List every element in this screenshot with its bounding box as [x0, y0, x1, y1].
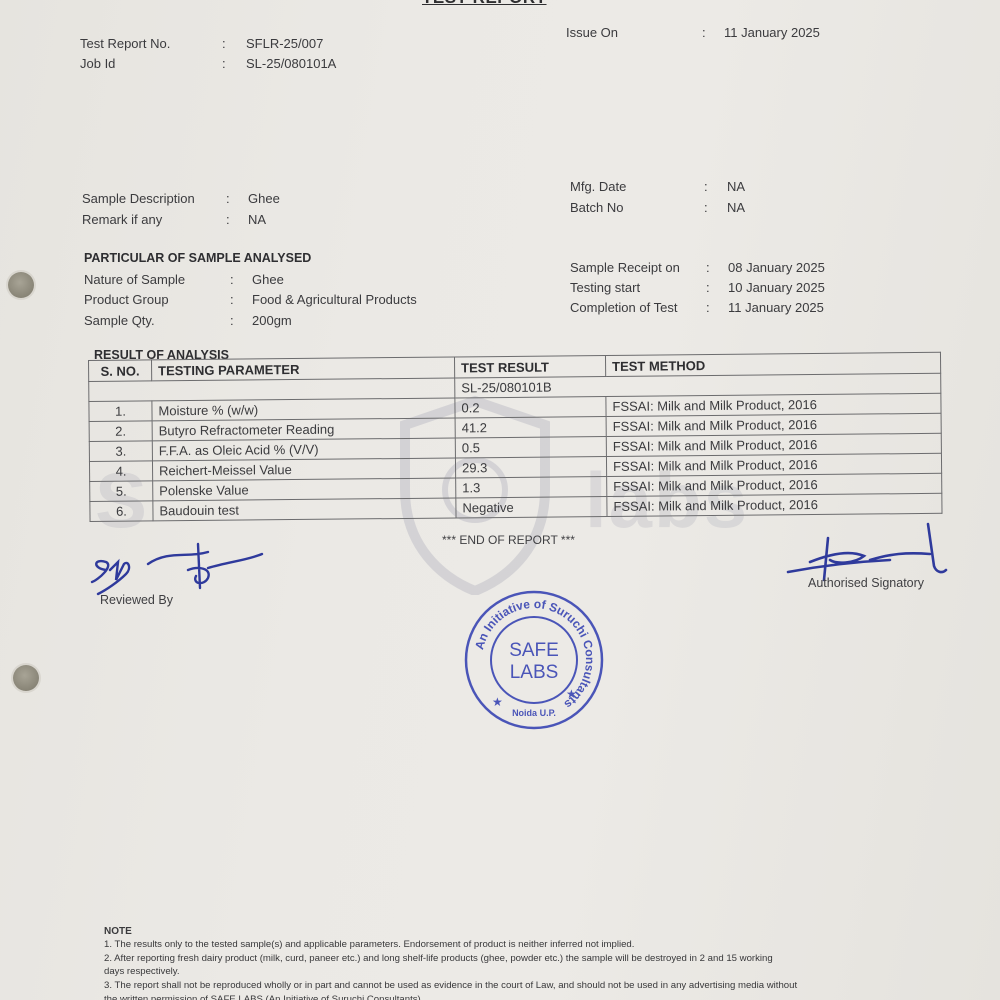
row-result: 41.2 [455, 417, 606, 438]
field-label: Batch No [570, 200, 623, 215]
row-sno: 3. [89, 441, 152, 462]
row-method: FSSAI: Milk and Milk Product, 2016 [607, 493, 942, 516]
report-title: TEST REPORT [422, 0, 547, 8]
field-value: Ghee [252, 272, 284, 287]
field-value: NA [727, 179, 745, 194]
field-separator: : [704, 179, 708, 194]
row-sno: 2. [89, 421, 152, 442]
note-line: the written permission of SAFE LABS (An … [104, 994, 423, 1000]
row-result: Negative [456, 497, 607, 518]
stamp-bottom-text: Noida U.P. [512, 708, 556, 718]
field-separator: : [706, 280, 710, 295]
field-label: Issue On [566, 25, 618, 40]
punch-hole-top [8, 272, 34, 298]
row-result: 29.3 [455, 457, 606, 478]
field-separator: : [704, 200, 708, 215]
row-sno: 4. [89, 461, 152, 482]
header-sno: S. NO. [89, 360, 152, 382]
particular-heading: PARTICULAR OF SAMPLE ANALYSED [84, 251, 311, 265]
reviewer-signature-icon [88, 540, 268, 600]
field-separator: : [230, 272, 234, 287]
row-sno: 6. [90, 501, 153, 522]
field-separator: : [230, 292, 234, 307]
field-label: Testing start [570, 280, 640, 295]
stamp-center-line2: LABS [510, 662, 559, 683]
field-value: SL-25/080101A [246, 56, 336, 71]
field-label: Nature of Sample [84, 272, 185, 287]
note-line: 2. After reporting fresh dairy product (… [104, 953, 773, 964]
field-label: Mfg. Date [570, 179, 626, 194]
field-label: Product Group [84, 292, 169, 307]
field-label: Job Id [80, 56, 115, 71]
stamp-star-icon: ★ [566, 687, 577, 701]
field-value: 11 January 2025 [728, 300, 824, 315]
note-line: days respectively. [104, 966, 180, 977]
row-parameter: Baudouin test [153, 498, 456, 521]
authorised-signatory-label: Authorised Signatory [808, 576, 924, 590]
field-label: Remark if any [82, 212, 162, 227]
field-value: 08 January 2025 [728, 260, 825, 275]
field-value: NA [248, 212, 266, 227]
result-table: S. NO. TESTING PARAMETER TEST RESULT TES… [88, 352, 943, 522]
punch-hole-bottom [13, 665, 39, 691]
stamp-star-icon: ★ [492, 695, 503, 709]
row-result: 1.3 [456, 477, 607, 498]
note-line: 1. The results only to the tested sample… [104, 939, 634, 950]
field-separator: : [226, 191, 230, 206]
field-value: Food & Agricultural Products [252, 292, 417, 307]
field-separator: : [702, 25, 706, 40]
field-separator: : [222, 56, 226, 71]
row-result: 0.2 [455, 397, 606, 418]
field-separator: : [230, 313, 234, 328]
field-label: Test Report No. [80, 36, 170, 51]
field-value: 200gm [252, 313, 292, 328]
field-separator: : [706, 260, 710, 275]
field-value: 10 January 2025 [728, 280, 825, 295]
note-heading: NOTE [104, 926, 132, 937]
field-separator: : [706, 300, 710, 315]
end-of-report: *** END OF REPORT *** [442, 533, 575, 547]
field-label: Sample Receipt on [570, 260, 680, 275]
test-report-page: TEST REPORT Test Report No. : SFLR-25/00… [0, 0, 1000, 1000]
field-value: NA [727, 200, 745, 215]
reviewed-by-label: Reviewed By [100, 593, 173, 607]
field-label: Completion of Test [570, 300, 677, 315]
header-result: TEST RESULT [454, 356, 605, 378]
row-result: 0.5 [455, 437, 606, 458]
header-parameter: TESTING PARAMETER [152, 357, 455, 381]
field-value: Ghee [248, 191, 280, 206]
stamp-center-line1: SAFE [509, 640, 559, 661]
row-sno: 5. [90, 481, 153, 502]
field-value: 11 January 2025 [724, 25, 820, 40]
field-value: SFLR-25/007 [246, 36, 323, 51]
field-label: Sample Description [82, 191, 195, 206]
row-sno: 1. [89, 401, 152, 422]
note-line: 3. The report shall not be reproduced wh… [104, 980, 797, 991]
field-label: Sample Qty. [84, 313, 155, 328]
field-separator: : [222, 36, 226, 51]
safe-labs-stamp: An Initiative of Suruchi Consultants Noi… [462, 588, 606, 732]
field-separator: : [226, 212, 230, 227]
stamp-seal-icon: An Initiative of Suruchi Consultants Noi… [462, 588, 606, 732]
